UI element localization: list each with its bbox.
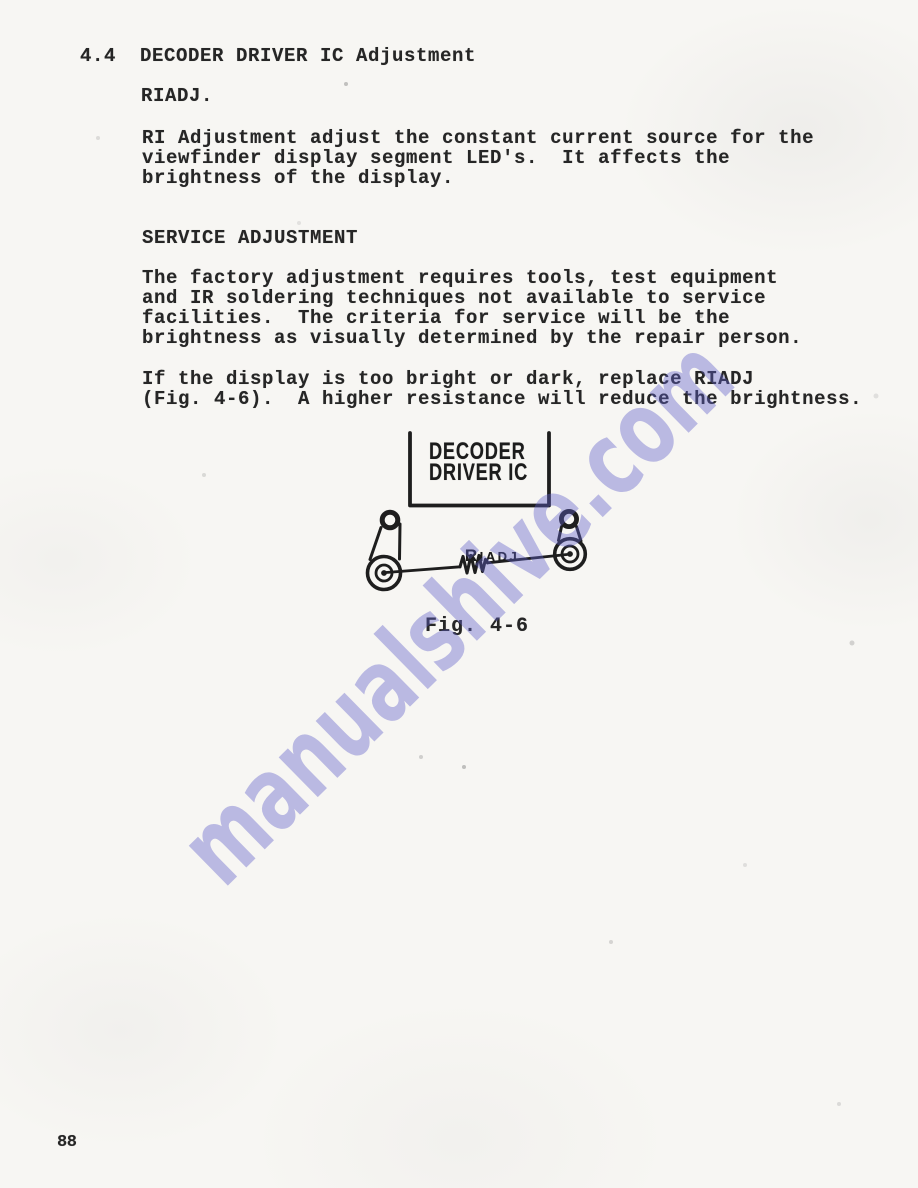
paragraph-ri-adjustment: RI Adjustment adjust the constant curren… [142,128,814,188]
scan-noise-specks [0,0,2,2]
subheading-riadj: RIADJ. [141,86,213,106]
right-terminal-eyelet [561,511,576,526]
paragraph-replace-riadj: If the display is too bright or dark, re… [142,369,862,409]
figure-caption: Fig. 4-6 [425,617,529,637]
riadj-label-r: R [465,546,480,565]
left-terminal [368,512,401,589]
left-terminal-pad-center [381,570,387,576]
right-terminal [555,511,586,569]
ic-box-label-line2: DRIVER IC [429,462,528,483]
wire-left-segment [386,567,460,573]
riadj-label-iadj: IADJ [480,549,520,564]
paragraph-factory-adjustment: The factory adjustment requires tools, t… [142,268,802,348]
left-terminal-eyelet [382,512,398,528]
riadj-component-label: RIADJ [451,528,519,566]
page-number: 88 [57,1133,76,1153]
service-adjustment-heading: SERVICE ADJUSTMENT [142,228,358,248]
right-terminal-pad-center [567,551,573,557]
scanned-manual-page: { "document": { "section_heading": "4.4 … [0,0,918,1188]
section-heading: 4.4 DECODER DRIVER IC Adjustment [80,46,476,66]
